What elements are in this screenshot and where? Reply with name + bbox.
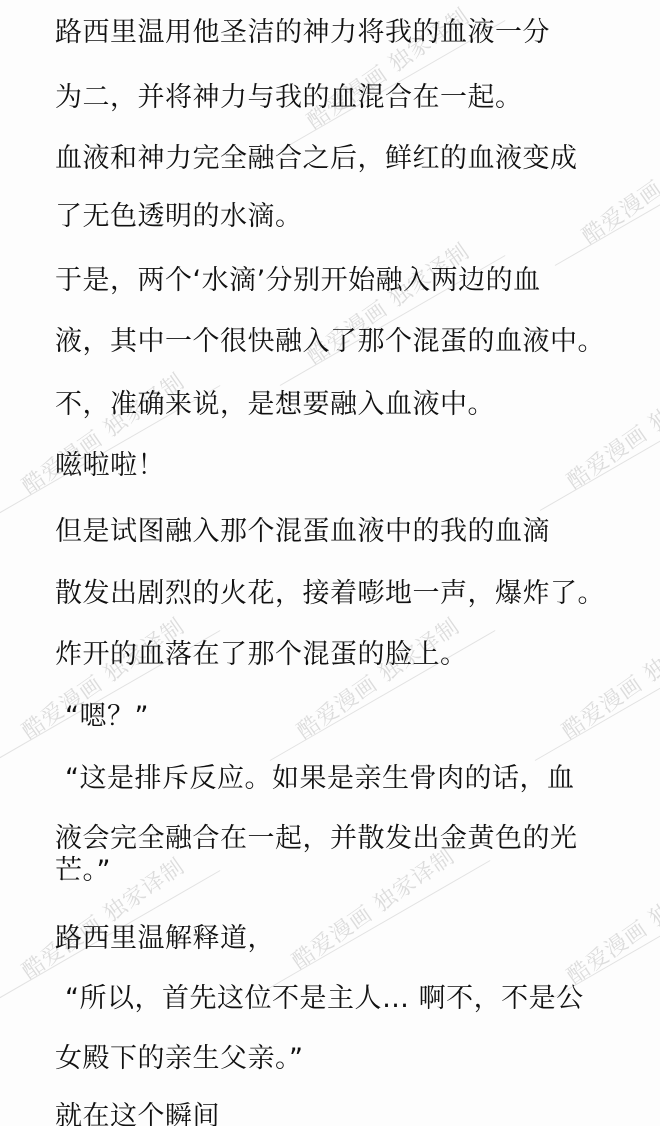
text-line: 血液和神力完全融合之后，鲜红的血液变成 bbox=[55, 143, 578, 175]
text-line: “嗯？” bbox=[65, 701, 149, 733]
text-line: 不，准确来说，是想要融入血液中。 bbox=[55, 389, 495, 421]
watermark-line bbox=[535, 630, 660, 761]
text-line: “这是排斥反应。如果是亲生骨肉的话，血 bbox=[65, 763, 575, 795]
text-line: 液会完全融合在一起，并散发出金黄色的光 bbox=[55, 823, 578, 855]
text-line: 炸开的血落在了那个混蛋的脸上。 bbox=[55, 639, 468, 671]
watermark-line bbox=[265, 860, 491, 991]
text-line: 芒。” bbox=[55, 855, 111, 887]
document-page: 酷爱漫画 独家译制酷爱漫画 独家译制酷爱漫画 独家译制酷爱漫画 独家译制酷爱漫画… bbox=[0, 0, 660, 1126]
watermark-text: 酷爱漫画 独家译制 bbox=[575, 115, 660, 251]
text-line: 女殿下的亲生父亲。” bbox=[55, 1043, 304, 1075]
text-line: “所以，首先这位不是主人… 啊不，不是公 bbox=[65, 983, 584, 1015]
text-line: 就在这个瞬间 bbox=[55, 1101, 220, 1126]
text-line: 但是试图融入那个混蛋血液中的我的血滴 bbox=[55, 516, 550, 548]
text-line: 散发出剧烈的火花，接着嘭地一声，爆炸了。 bbox=[55, 578, 605, 610]
watermark-text: 酷爱漫画 独家译制 bbox=[560, 360, 660, 496]
text-line: 液，其中一个很快融入了那个混蛋的血液中。 bbox=[55, 326, 605, 358]
watermark-text: 酷爱漫画 独家译制 bbox=[285, 840, 460, 976]
watermark-text: 酷爱漫画 独家译制 bbox=[555, 610, 660, 746]
text-line: 于是，两个‘水滴’分别开始融入两边的血 bbox=[55, 265, 541, 297]
text-line: 为二，并将神力与我的血混合在一起。 bbox=[55, 82, 523, 114]
text-line: 了无色透明的水滴。 bbox=[55, 201, 303, 233]
text-line: 嗞啦啦！ bbox=[55, 450, 165, 482]
watermark-text: 酷爱漫画 独家译制 bbox=[290, 610, 465, 746]
watermark-line bbox=[540, 380, 660, 511]
text-line: 路西里温解释道， bbox=[55, 923, 275, 955]
watermark-text: 酷爱漫画 独家译制 bbox=[560, 855, 660, 991]
text-line: 路西里温用他圣洁的神力将我的血液一分 bbox=[55, 17, 550, 49]
